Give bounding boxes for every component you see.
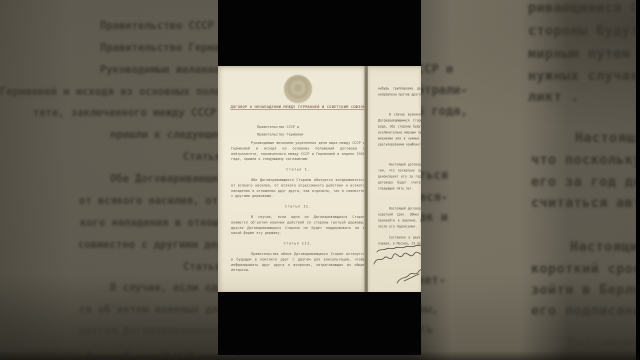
- bg-text-line: его за год до истечени: [531, 174, 640, 190]
- bg-text-line: нужных случаях путем со: [528, 68, 640, 84]
- soviet-state-seal-icon: [284, 75, 312, 103]
- bg-text-fragment: ть: [419, 322, 433, 336]
- bg-text-line: его подписания.: [531, 303, 640, 319]
- article-6-heading: Статья VI.: [378, 154, 421, 160]
- bg-text-fragment: вся-: [419, 190, 448, 204]
- government-line: Правительство СССР и: [231, 124, 365, 131]
- government-line: Правительство Германии: [231, 132, 365, 139]
- article-1-paragraph: Обе Договаривающиеся Стороны обязуются в…: [231, 177, 365, 199]
- video-frame: Правительство СССР и Правительство Герма…: [0, 0, 640, 360]
- bg-text-fragment: ться: [419, 168, 448, 182]
- article-5-heading: Статья V.: [378, 104, 421, 110]
- signature-stroke: [397, 268, 421, 283]
- bg-text-line: что поскольку одна из: [531, 152, 640, 168]
- letterbox-bottom: [218, 292, 421, 355]
- frame-edge-bar: [636, 0, 640, 360]
- article-3-paragraph: Правительства обеих Договаривающихся Сто…: [231, 251, 365, 273]
- treaty-right-page-body: нибудь группировке держав, которая прямо…: [378, 86, 421, 247]
- article-2-heading: Статья II.: [231, 204, 365, 209]
- treaty-title-text: ДОГОВОР О НЕНАПАДЕНИИ МЕЖДУ ГЕРМАНИЕЙ И …: [231, 105, 366, 110]
- bg-text-fragment: 6 года,: [417, 104, 468, 118]
- bg-text-fragment: ак и: [419, 210, 448, 224]
- bg-text-line: короткий срок. Обмен р: [531, 261, 640, 277]
- bg-text-line: ликт .: [528, 89, 579, 105]
- treaty-left-page-body: Правительство СССР и Правительство Герма…: [231, 124, 365, 273]
- bg-text-fragment: ССР и: [417, 62, 453, 76]
- preamble-paragraph: Руководимые желанием укрепления дела мир…: [231, 141, 365, 163]
- letterbox-top: [218, 0, 421, 66]
- article-5-paragraph: В случае возникновения споров или конфли…: [378, 112, 421, 148]
- bg-text-line: ривающимися Сторонами: [528, 0, 640, 16]
- bg-text-line: зойти в Берлине. Догов: [531, 282, 640, 298]
- handwritten-signatures-icon: [370, 242, 421, 290]
- article-6-paragraph: Настоящий договор заключается сроком на …: [378, 162, 421, 192]
- bg-text-line: Настоящий договор: [575, 130, 640, 146]
- article-2-paragraph: В случае, если одна из Договаривающихся …: [231, 214, 365, 236]
- article-7-heading: Статья VII.: [378, 198, 421, 204]
- article-1-heading: Статья I.: [231, 167, 365, 172]
- bg-text-line: Настоящий договор: [570, 239, 640, 255]
- article-3-heading: Статья III.: [231, 241, 365, 246]
- signature-stroke: [377, 245, 421, 252]
- bg-text-line: стороны будут разрешать: [528, 23, 640, 39]
- signature-stroke: [374, 252, 421, 264]
- treaty-document-photo: ДОГОВОР О НЕНАПАДЕНИИ МЕЖДУ ГЕРМАНИЕЙ И …: [218, 66, 421, 292]
- bg-text-line: мирным путем в порядке: [528, 46, 640, 62]
- treaty-page-right: нибудь группировке держав, которая прямо…: [368, 66, 421, 292]
- signature-stroke: [404, 274, 419, 281]
- video-column: ДОГОВОР О НЕНАПАДЕНИИ МЕЖДУ ГЕРМАНИЕЙ И …: [218, 0, 421, 355]
- bg-text-fragment: йтрали-: [417, 83, 468, 97]
- treaty-page-left: ДОГОВОР О НЕНАПАДЕНИИ МЕЖДУ ГЕРМАНИЕЙ И …: [218, 66, 364, 292]
- bg-text-line: Составлен в двух: [567, 336, 640, 352]
- article-4-fragment: нибудь группировке держав, которая прямо…: [378, 86, 421, 98]
- treaty-title: ДОГОВОР О НЕНАПАДЕНИИ МЕЖДУ ГЕРМАНИЕЙ И …: [228, 105, 368, 110]
- bg-text-fragment: жет-: [417, 273, 446, 287]
- article-7-paragraph: Настоящий договор подлежит ратифицирован…: [378, 206, 421, 230]
- bg-text-line: считаться автоматическ: [531, 195, 640, 211]
